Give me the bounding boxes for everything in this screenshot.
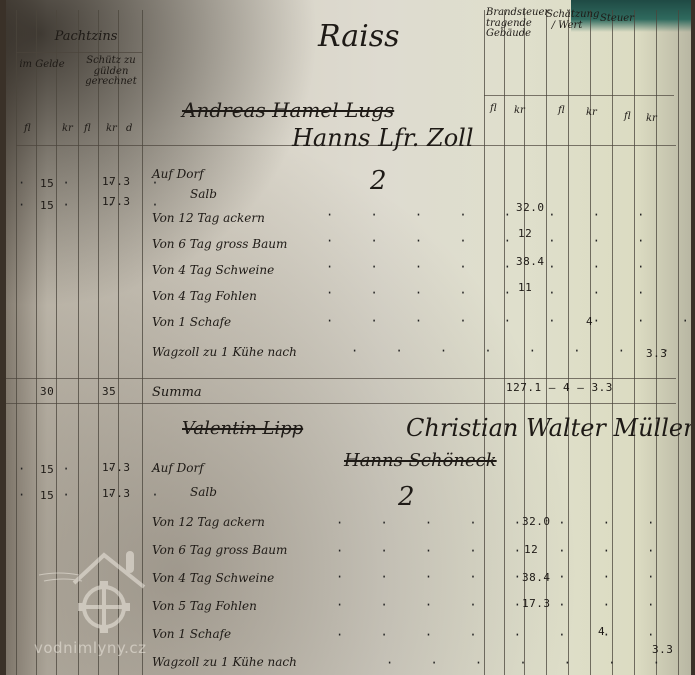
leader-dots: · · · · · · · · — [336, 570, 669, 584]
entry-value: 3.3 — [652, 644, 673, 655]
left-group-header: Pachtzins — [46, 30, 126, 44]
entry-text: Salb — [190, 188, 217, 200]
summa-label: Summa — [152, 386, 202, 399]
leader-dots: · · · · · · · · — [336, 598, 669, 612]
column-rule — [142, 10, 143, 675]
page-title: Raiss — [318, 22, 400, 52]
unit-label: kr — [586, 108, 597, 119]
entry-text: Von 6 Tag gross Baum — [152, 544, 287, 556]
entry-value: 4 — [598, 626, 605, 637]
entry-text: Von 6 Tag gross Baum — [152, 238, 287, 250]
unit-label: fl — [490, 104, 497, 115]
entry-text: Von 4 Tag Schweine — [152, 572, 274, 584]
leader-dots: · · · · — [18, 488, 174, 502]
unit-label: fl — [558, 106, 565, 117]
leader-dots: · · · · · · · · — [336, 516, 669, 530]
leader-dots: · · · · — [18, 198, 174, 212]
column-header-tax: Steuer — [594, 14, 640, 25]
leader-dots: · · · · — [18, 176, 174, 190]
column-rule — [678, 10, 679, 675]
mark-number: 2 — [370, 168, 387, 194]
column-rule — [98, 10, 99, 675]
entry-value: 3.3 — [646, 348, 667, 359]
entry-value: 38.4 — [522, 572, 551, 583]
entry-value: 38.4 — [516, 256, 545, 267]
unit-label: fl — [84, 124, 91, 135]
entry-text: Von 5 Tag Fohlen — [152, 600, 257, 612]
column-rule — [36, 10, 37, 675]
column-header-money: im Gelde — [18, 60, 66, 71]
section-rule — [6, 378, 676, 379]
header-rule — [484, 95, 674, 96]
watermark-text: vodnimlyny.cz — [34, 639, 147, 657]
owner-name: Hanns Lfr. Zoll — [292, 126, 474, 150]
unit-label: kr — [514, 106, 525, 117]
column-header-converted: Schütz zu gülden gerechnet — [80, 56, 142, 88]
leader-dots: · · · · · · · · — [336, 544, 669, 558]
summa-left-value: 35 — [102, 386, 116, 397]
leader-dots: · · · · — [18, 462, 174, 476]
entry-text: Auf Dorf — [152, 168, 204, 180]
entry-value: 32.0 — [522, 516, 551, 527]
leader-dots: · · · · · · · · · · · · · · · — [351, 344, 691, 358]
entry-text: Auf Dorf — [152, 462, 204, 474]
entry-value: 12 — [518, 228, 532, 239]
leader-dots: · · · · · · · · — [326, 286, 659, 300]
entry-text: Wagzoll zu 1 Kühe nach — [152, 656, 297, 668]
summa-total: 127.1 — 4 — 3.3 — [506, 382, 613, 393]
entry-text: Von 12 Tag ackern — [152, 516, 265, 528]
leader-dots: · · · · · · · · · · · · · · — [326, 314, 691, 328]
struck-owner-name: Hanns Schöneck — [344, 452, 497, 470]
entry-text: Von 4 Tag Fohlen — [152, 290, 257, 302]
unit-label: fl — [24, 124, 31, 135]
entry-text: Salb — [190, 486, 217, 498]
unit-label: kr — [646, 114, 657, 125]
column-rule — [78, 10, 79, 675]
entry-value: 32.0 — [516, 202, 545, 213]
entry-text: Von 1 Schafe — [152, 316, 231, 328]
mark-number: 2 — [398, 484, 415, 510]
summa-left-value: 30 — [40, 386, 54, 397]
entry-text: Wagzoll zu 1 Kühe nach — [152, 346, 297, 358]
column-header-valuation: Schätzung / Wert — [546, 10, 588, 31]
entry-value: 12 — [524, 544, 538, 555]
entry-value: 11 — [518, 282, 532, 293]
leader-dots: · · · · · · · · · · · · · · — [386, 656, 691, 670]
column-header-buildings: Brandsteuer tragende Gebäude — [486, 8, 528, 40]
leader-dots: · · · · · · · · · · · · · · — [336, 628, 691, 642]
section-rule — [6, 403, 676, 404]
leader-dots: · · · · · · · · — [326, 260, 659, 274]
header-rule — [16, 52, 142, 53]
unit-label: kr — [62, 124, 73, 135]
struck-owner-name: Valentin Lipp — [182, 420, 303, 438]
owner-name: Christian Walter Müller — [406, 416, 691, 440]
entry-text: Von 4 Tag Schweine — [152, 264, 274, 276]
entry-value: 17.3 — [522, 598, 551, 609]
unit-label: d — [126, 124, 132, 135]
entry-value: 4 — [586, 316, 593, 327]
column-rule — [118, 10, 119, 675]
column-rule — [16, 10, 17, 675]
unit-label: kr — [106, 124, 117, 135]
unit-label: fl — [624, 112, 631, 123]
ledger-page: Pachtzins im Gelde Schütz zu gülden gere… — [6, 0, 691, 675]
leader-dots: · · · · · · · · — [326, 234, 659, 248]
column-rule — [56, 10, 57, 675]
entry-text: Von 1 Schafe — [152, 628, 231, 640]
struck-owner-name: Andreas Hamel Lugs — [182, 100, 394, 120]
leader-dots: · · · · · · · · — [326, 208, 659, 222]
entry-text: Von 12 Tag ackern — [152, 212, 265, 224]
